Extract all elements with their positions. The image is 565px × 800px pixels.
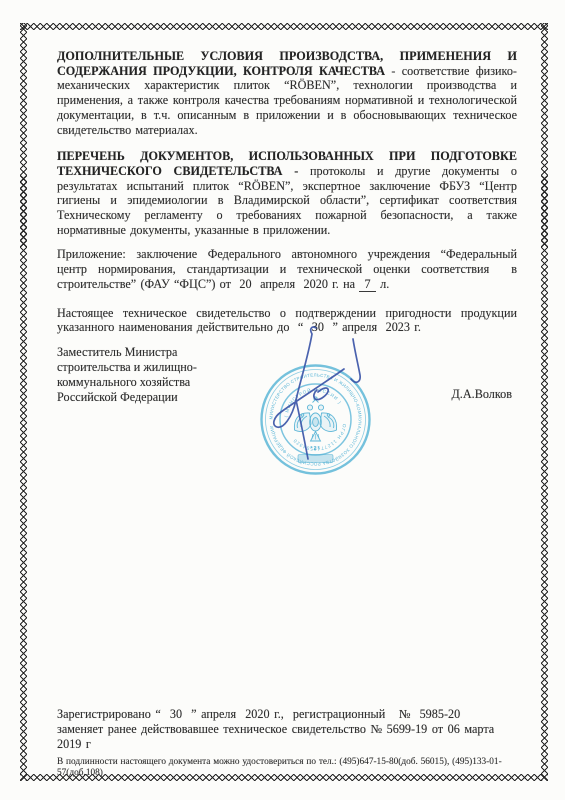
paragraph-attachment-text: Приложение: заключение Федерального авто… — [57, 247, 517, 290]
decorative-border-right — [541, 23, 548, 781]
document-body: ДОПОЛНИТЕЛЬНЫЕ УСЛОВИЯ ПРОИЗВОДСТВА, ПРИ… — [57, 49, 517, 335]
paragraph-additional-conditions: ДОПОЛНИТЕЛЬНЫЕ УСЛОВИЯ ПРОИЗВОДСТВА, ПРИ… — [57, 49, 517, 137]
signatory-name: Д.А.Волков — [451, 387, 512, 402]
paragraph-attachment-tail: л. — [376, 277, 389, 291]
verification-phone-line: В подлинности настоящего документа можно… — [57, 757, 519, 779]
registration-line: Зарегистрировано “ 30 ” апреля 2020 г., … — [57, 707, 519, 722]
paragraph-attachment: Приложение: заключение Федерального авто… — [57, 247, 517, 291]
paragraph-documents-list: ПЕРЕЧЕНЬ ДОКУМЕНТОВ, ИСПОЛЬЗОВАННЫХ ПРИ … — [57, 149, 517, 237]
decorative-border-left — [20, 23, 27, 781]
certificate-page: ДОПОЛНИТЕЛЬНЫЕ УСЛОВИЯ ПРОИЗВОДСТВА, ПРИ… — [0, 0, 565, 800]
registration-block: Зарегистрировано “ 30 ” апреля 2020 г., … — [57, 707, 519, 779]
attachment-sheet-count: 7 — [359, 277, 376, 292]
replacement-line: заменяет ранее действовавшее техническое… — [57, 722, 519, 752]
decorative-border-top — [20, 23, 548, 30]
handwritten-signature — [248, 312, 373, 467]
